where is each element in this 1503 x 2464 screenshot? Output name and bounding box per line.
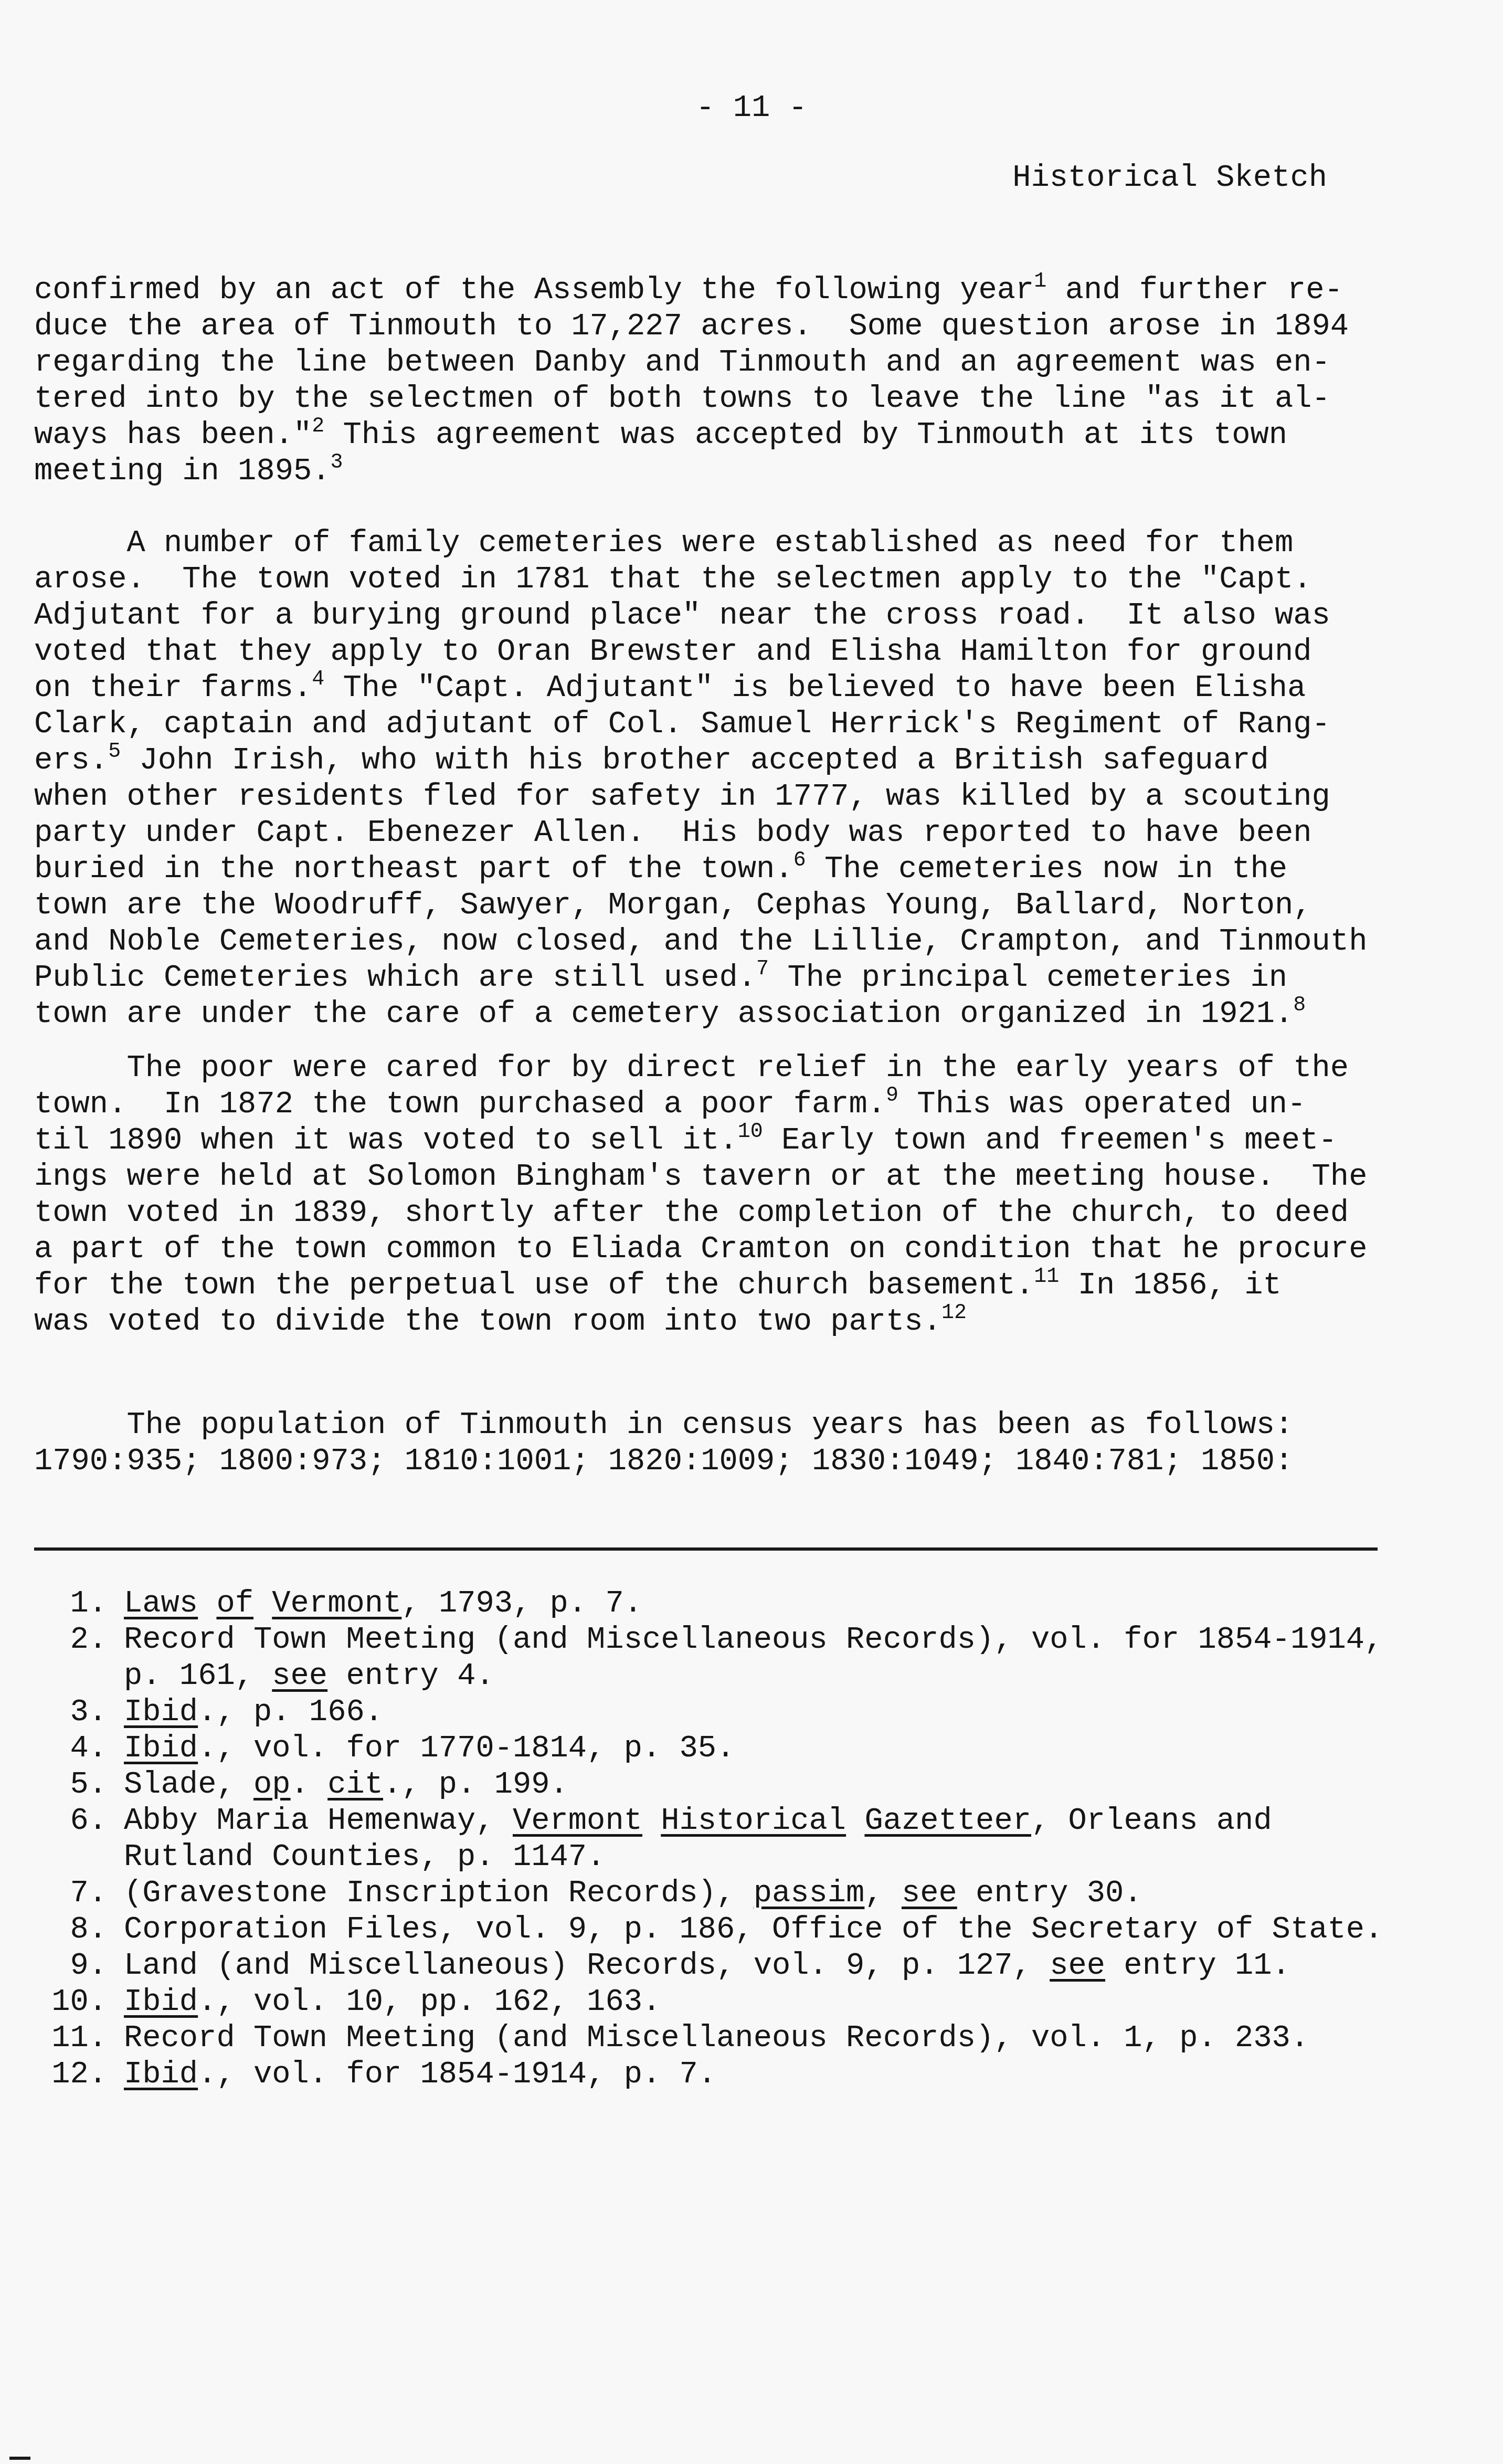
text-line: and Noble Cemeteries, now closed, and th… xyxy=(34,923,1378,960)
underlined-title: Ibid xyxy=(124,1694,198,1730)
underlined-title: Laws xyxy=(124,1586,198,1621)
underlined-title: Ibid xyxy=(124,2057,198,2092)
scan-mark xyxy=(9,2457,30,2460)
paragraph-population: The population of Tinmouth in census yea… xyxy=(34,1407,1378,1479)
underlined-title: Gazetteer xyxy=(864,1803,1031,1838)
footnote: 7.(Gravestone Inscription Records), pass… xyxy=(30,1875,1395,1911)
text-line: arose. The town voted in 1781 that the s… xyxy=(34,561,1378,597)
footnote-text: (Gravestone Inscription Records), passim… xyxy=(107,1875,1142,1911)
footnote-number: 9. xyxy=(30,1947,107,1984)
text-line: party under Capt. Ebenezer Allen. His bo… xyxy=(34,815,1378,851)
text-line: ings were held at Solomon Bingham's tave… xyxy=(34,1159,1378,1195)
text-line: ers.5 John Irish, who with his brother a… xyxy=(34,742,1378,778)
footnote-text: Ibid., vol. for 1770-1814, p. 35. xyxy=(107,1730,735,1766)
underlined-title: op xyxy=(253,1767,291,1802)
footnote-reference: 1 xyxy=(1034,270,1046,293)
footnote-text: Slade, op. cit., p. 199. xyxy=(107,1766,568,1803)
footnote: 11.Record Town Meeting (and Miscellaneou… xyxy=(30,2020,1395,2056)
underlined-title: Vermont xyxy=(272,1586,401,1621)
text-line: meeting in 1895.3 xyxy=(34,453,1378,489)
text-line: Clark, captain and adjutant of Col. Samu… xyxy=(34,706,1378,742)
text-line: ways has been."2 This agreement was acce… xyxy=(34,417,1378,453)
underlined-title: of xyxy=(216,1586,253,1621)
footnote-number: 3. xyxy=(30,1694,107,1730)
text-line: The population of Tinmouth in census yea… xyxy=(34,1407,1378,1443)
text-line: was voted to divide the town room into t… xyxy=(34,1303,1378,1340)
text-line: town voted in 1839, shortly after the co… xyxy=(34,1195,1378,1231)
underlined-title: Ibid xyxy=(124,1731,198,1766)
text-line: voted that they apply to Oran Brewster a… xyxy=(34,634,1378,670)
footnotes-list: 1.Laws of Vermont, 1793, p. 7.2.Record T… xyxy=(30,1585,1395,2092)
page-number: - 11 - xyxy=(0,90,1503,125)
footnote-reference: 11 xyxy=(1034,1265,1059,1289)
footnote-number: 10. xyxy=(30,1984,107,2020)
text-line: regarding the line between Danby and Tin… xyxy=(34,344,1378,381)
footnote-divider xyxy=(34,1547,1378,1551)
paragraph-poor-relief: The poor were cared for by direct relief… xyxy=(34,1050,1378,1340)
underlined-title: Vermont xyxy=(513,1803,642,1838)
document-page: - 11 - Historical Sketch confirmed by an… xyxy=(0,0,1503,2464)
footnote-text: Ibid., p. 166. xyxy=(107,1694,383,1730)
footnote: 12.Ibid., vol. for 1854-1914, p. 7. xyxy=(30,2056,1395,2092)
underlined-title: cit xyxy=(327,1767,383,1802)
underlined-title: see xyxy=(902,1876,957,1911)
text-line: when other residents fled for safety in … xyxy=(34,778,1378,815)
text-line: for the town the perpetual use of the ch… xyxy=(34,1267,1378,1303)
footnote-text: Corporation Files, vol. 9, p. 186, Offic… xyxy=(107,1911,1383,1947)
footnote-reference: 5 xyxy=(108,740,121,764)
footnote-text: Record Town Meeting (and Miscellaneous R… xyxy=(107,1621,1383,1658)
footnote: 2.Record Town Meeting (and Miscellaneous… xyxy=(30,1621,1395,1658)
paragraph-cemeteries: A number of family cemeteries were estab… xyxy=(34,525,1378,1032)
footnote-number: 11. xyxy=(30,2020,107,2056)
text-line: confirmed by an act of the Assembly the … xyxy=(34,272,1378,308)
text-line: duce the area of Tinmouth to 17,227 acre… xyxy=(34,308,1378,344)
text-line: on their farms.4 The "Capt. Adjutant" is… xyxy=(34,670,1378,706)
footnote-reference: 9 xyxy=(886,1084,898,1108)
underlined-title: see xyxy=(272,1658,327,1693)
footnote-reference: 10 xyxy=(738,1120,763,1144)
footnote-number: 1. xyxy=(30,1585,107,1621)
footnote-reference: 4 xyxy=(312,668,324,691)
text-line: The poor were cared for by direct relief… xyxy=(34,1050,1378,1086)
text-line: buried in the northeast part of the town… xyxy=(34,851,1378,887)
footnote: 4.Ibid., vol. for 1770-1814, p. 35. xyxy=(30,1730,1395,1766)
footnote-number: 7. xyxy=(30,1875,107,1911)
footnote-number: 4. xyxy=(30,1730,107,1766)
text-line: til 1890 when it was voted to sell it.10… xyxy=(34,1122,1378,1159)
footnote-text: p. 161, see entry 4. xyxy=(124,1658,494,1694)
footnote-reference: 3 xyxy=(331,451,343,475)
footnote-reference: 2 xyxy=(312,415,324,438)
text-line: 1790:935; 1800:973; 1810:1001; 1820:1009… xyxy=(34,1443,1378,1479)
footnote-text: Laws of Vermont, 1793, p. 7. xyxy=(107,1585,642,1621)
footnote-reference: 12 xyxy=(941,1301,967,1325)
text-line: town are under the care of a cemetery as… xyxy=(34,996,1378,1032)
text-line: Public Cemeteries which are still used.7… xyxy=(34,960,1378,996)
text-line: town. In 1872 the town purchased a poor … xyxy=(34,1086,1378,1122)
text-line: a part of the town common to Eliada Cram… xyxy=(34,1231,1378,1267)
footnote-number: 12. xyxy=(30,2056,107,2092)
text-line: tered into by the selectmen of both town… xyxy=(34,381,1378,417)
footnote: 3.Ibid., p. 166. xyxy=(30,1694,1395,1730)
underlined-title: Historical xyxy=(661,1803,846,1838)
footnote: 10.Ibid., vol. 10, pp. 162, 163. xyxy=(30,1984,1395,2020)
footnote: 1.Laws of Vermont, 1793, p. 7. xyxy=(30,1585,1395,1621)
footnote-text: Rutland Counties, p. 1147. xyxy=(124,1839,605,1875)
footnote: 5.Slade, op. cit., p. 199. xyxy=(30,1766,1395,1803)
footnote-text: Land (and Miscellaneous) Records, vol. 9… xyxy=(107,1947,1290,1984)
footnote-reference: 6 xyxy=(793,849,806,872)
footnote: 6.Abby Maria Hemenway, Vermont Historica… xyxy=(30,1803,1395,1839)
footnote-text: Abby Maria Hemenway, Vermont Historical … xyxy=(107,1803,1272,1839)
footnote: 9.Land (and Miscellaneous) Records, vol.… xyxy=(30,1947,1395,1984)
footnote-text: Record Town Meeting (and Miscellaneous R… xyxy=(107,2020,1309,2056)
footnote-number: 8. xyxy=(30,1911,107,1947)
footnote-text: Ibid., vol. 10, pp. 162, 163. xyxy=(107,1984,661,2020)
text-line: A number of family cemeteries were estab… xyxy=(34,525,1378,561)
footnote-number: 2. xyxy=(30,1621,107,1658)
text-line: town are the Woodruff, Sawyer, Morgan, C… xyxy=(34,887,1378,923)
underlined-title: passim xyxy=(754,1876,865,1911)
footnote-continuation: p. 161, see entry 4. xyxy=(30,1658,1395,1694)
text-line: Adjutant for a burying ground place" nea… xyxy=(34,597,1378,634)
footnote-number: 5. xyxy=(30,1766,107,1803)
footnote-reference: 8 xyxy=(1293,994,1306,1017)
running-head: Historical Sketch xyxy=(1012,160,1327,195)
footnote-continuation: Rutland Counties, p. 1147. xyxy=(30,1839,1395,1875)
paragraph-boundary-agreement: confirmed by an act of the Assembly the … xyxy=(34,272,1378,489)
footnote: 8.Corporation Files, vol. 9, p. 186, Off… xyxy=(30,1911,1395,1947)
underlined-title: see xyxy=(1050,1948,1105,1983)
footnote-number: 6. xyxy=(30,1803,107,1839)
underlined-title: Ibid xyxy=(124,1984,198,2019)
footnote-text: Ibid., vol. for 1854-1914, p. 7. xyxy=(107,2056,716,2092)
footnote-reference: 7 xyxy=(756,957,769,981)
